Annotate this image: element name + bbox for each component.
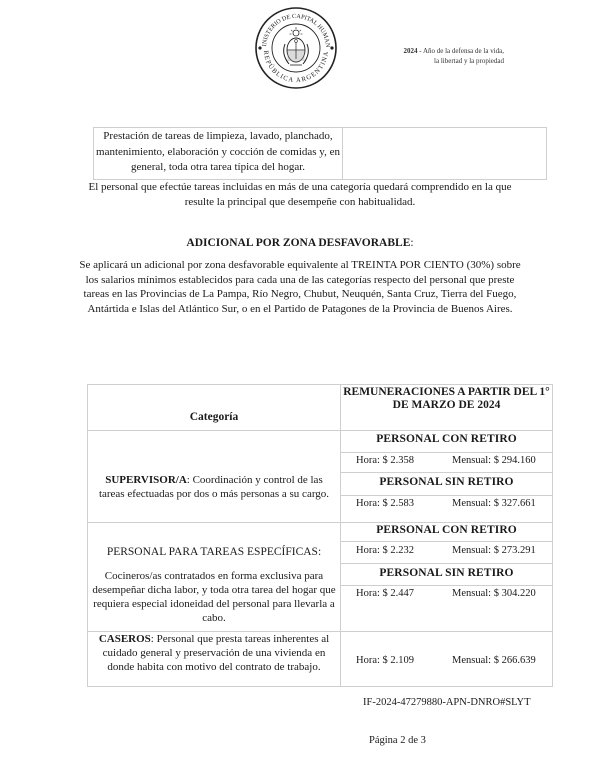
subheader-con-retiro: PERSONAL CON RETIRO xyxy=(341,433,552,445)
category-name: CASEROS xyxy=(99,633,151,645)
header-category: Categoría xyxy=(88,385,340,431)
row-divider xyxy=(88,522,552,523)
category-description-cell: Prestación de tareas de limpieza, lavado… xyxy=(94,128,343,179)
mensual-value: Mensual: $ 294.160 xyxy=(446,455,552,466)
motto-year: 2024 xyxy=(404,47,418,55)
subheader-con-retiro: PERSONAL CON RETIRO xyxy=(341,524,552,536)
section-title-colon: : xyxy=(410,237,413,249)
mensual-value: Mensual: $ 304.220 xyxy=(446,588,552,599)
mensual-value: Mensual: $ 273.291 xyxy=(446,545,552,556)
table-row-tareas-especificas-title: PERSONAL PARA TAREAS ESPECÍFICAS: xyxy=(88,546,340,558)
mensual-value: Mensual: $ 266.639 xyxy=(446,655,552,666)
header-remuneraciones-line1: REMUNERACIONES A PARTIR DEL 1° xyxy=(341,386,552,399)
header-category-label: Categoría xyxy=(190,411,239,423)
argentina-coat-of-arms-seal-icon: MINISTERIO DE CAPITAL HUMANO REPÚBLICA A… xyxy=(254,6,338,90)
pay-row-con-retiro: Hora: $ 2.358 Mensual: $ 294.160 xyxy=(341,455,552,466)
pay-row-con-retiro: Hora: $ 2.232 Mensual: $ 273.291 xyxy=(341,545,552,556)
section-body-zona-desfavorable: Se aplicará un adicional por zona desfav… xyxy=(76,258,524,316)
cell-divider xyxy=(341,563,552,564)
mensual-value: Mensual: $ 327.661 xyxy=(446,498,552,509)
pay-row-sin-retiro: Hora: $ 2.447 Mensual: $ 304.220 xyxy=(341,588,552,599)
previous-category-table-fragment: Prestación de tareas de limpieza, lavado… xyxy=(93,127,547,180)
table-row-caseros-category: CASEROS: Personal que presta tareas inhe… xyxy=(88,632,340,674)
hora-value: Hora: $ 2.447 xyxy=(341,588,446,599)
section-title-zona-desfavorable: ADICIONAL POR ZONA DESFAVORABLE: xyxy=(76,237,524,249)
cell-divider xyxy=(341,452,552,453)
header-remuneraciones: REMUNERACIONES A PARTIR DEL 1° DE MARZO … xyxy=(341,385,552,431)
empty-cell xyxy=(343,128,546,179)
motto-line1: - Año de la defensa de la vida, xyxy=(418,47,505,55)
section-title-text: ADICIONAL POR ZONA DESFAVORABLE xyxy=(186,237,410,249)
table-row-supervisor-category: SUPERVISOR/A: Coordinación y control de … xyxy=(88,473,340,501)
pay-row-caseros: Hora: $ 2.109 Mensual: $ 266.639 xyxy=(341,655,552,666)
hora-value: Hora: $ 2.109 xyxy=(341,655,446,666)
header-remuneraciones-line2: DE MARZO DE 2024 xyxy=(341,399,552,412)
motto-line2: la libertad y la propiedad xyxy=(380,56,504,66)
hora-value: Hora: $ 2.358 xyxy=(341,455,446,466)
row-divider xyxy=(88,430,552,431)
hora-value: Hora: $ 2.583 xyxy=(341,498,446,509)
category-name: PERSONAL PARA TAREAS ESPECÍFICAS xyxy=(107,546,318,558)
hora-value: Hora: $ 2.232 xyxy=(341,545,446,556)
category-name: SUPERVISOR/A xyxy=(105,474,187,486)
cell-divider xyxy=(341,585,552,586)
subheader-sin-retiro: PERSONAL SIN RETIRO xyxy=(341,567,552,579)
year-motto: 2024 - Año de la defensa de la vida, la … xyxy=(380,46,504,66)
page-number: Página 2 de 3 xyxy=(369,735,426,746)
table-row-tareas-especificas-description: Cocineros/as contratados en forma exclus… xyxy=(88,569,340,625)
category-note: El personal que efectúe tareas incluidas… xyxy=(76,180,524,210)
cell-divider xyxy=(341,495,552,496)
cell-divider xyxy=(341,472,552,473)
salary-table: Categoría REMUNERACIONES A PARTIR DEL 1°… xyxy=(87,384,553,687)
cell-divider xyxy=(341,541,552,542)
subheader-sin-retiro: PERSONAL SIN RETIRO xyxy=(341,476,552,488)
document-id: IF-2024-47279880-APN-DNRO#SLYT xyxy=(363,697,531,708)
pay-row-sin-retiro: Hora: $ 2.583 Mensual: $ 327.661 xyxy=(341,498,552,509)
